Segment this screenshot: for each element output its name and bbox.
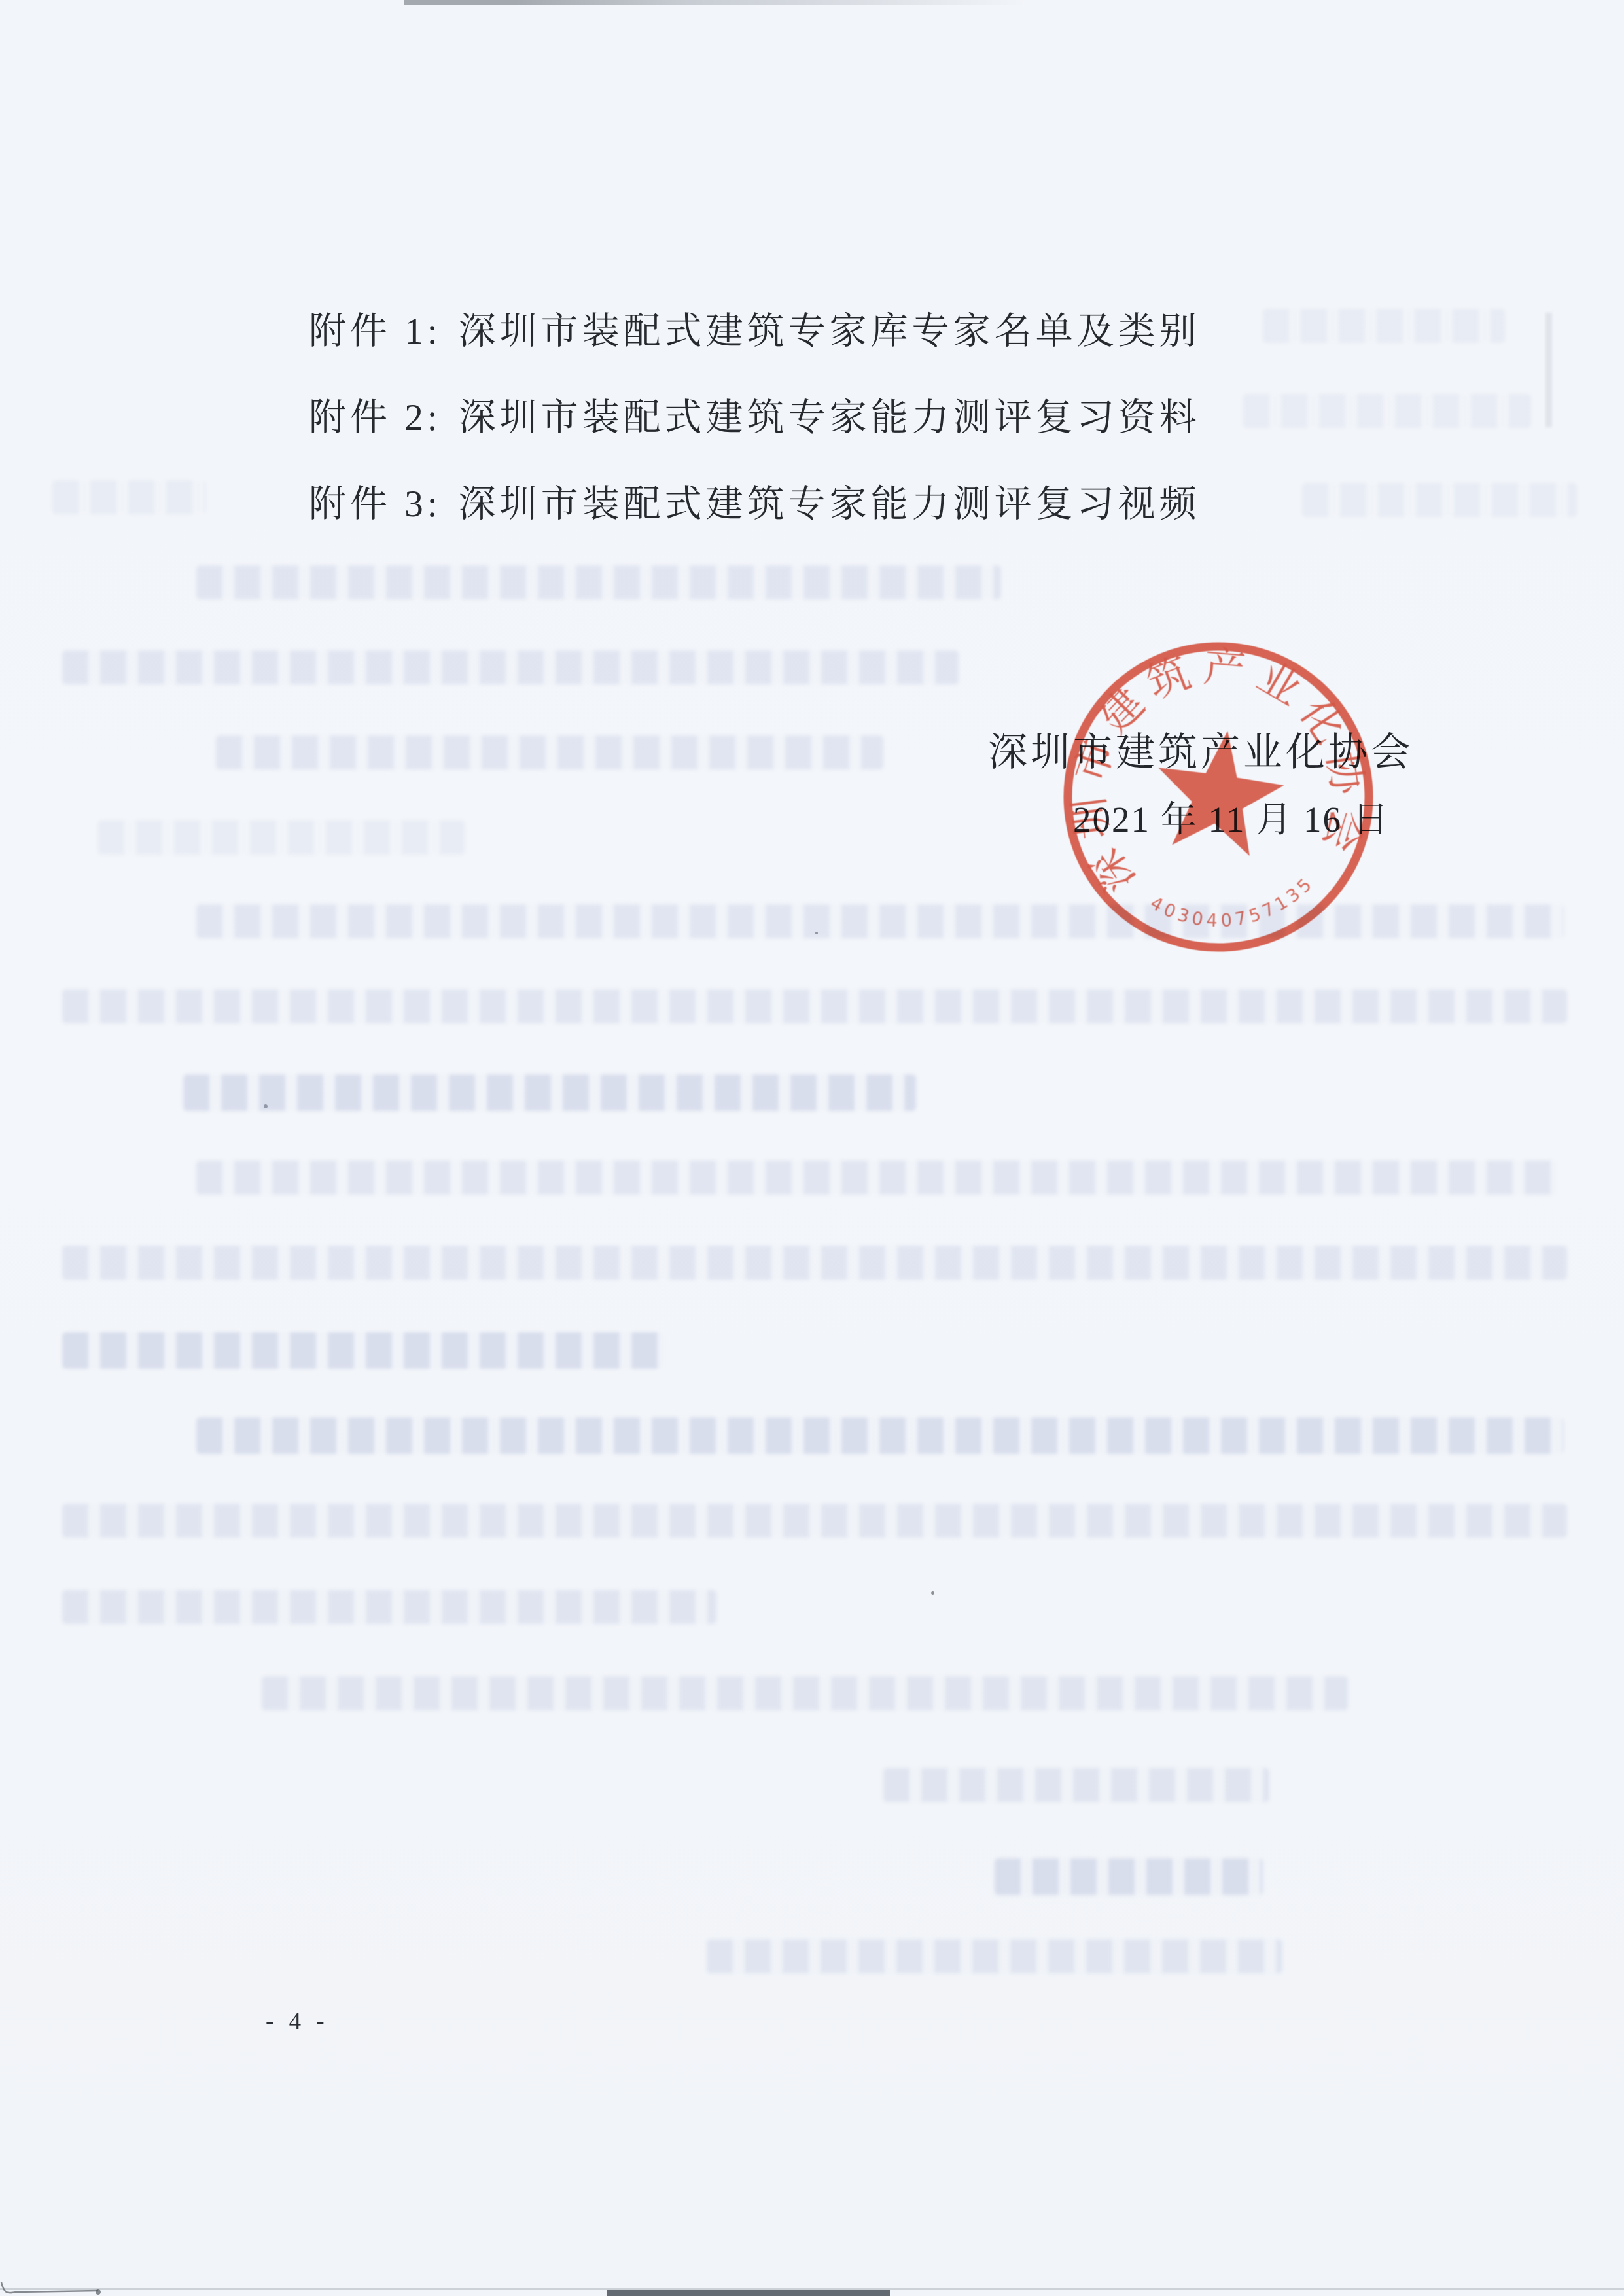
seal-star-icon [1148,722,1290,859]
bleedthrough-text-line [196,565,1001,599]
page-number: - 4 - [266,2007,329,2036]
bleedthrough-text-line [1243,394,1531,428]
bleedthrough-text-line [707,1939,1282,1973]
scan-corner-squiggle [0,2280,118,2296]
bleedthrough-text-line [62,650,959,684]
bleedthrough-text-line [62,989,1567,1023]
bleedthrough-text-line [995,1858,1263,1895]
bleedthrough-text-line [216,735,883,769]
bleedthrough-text-line [62,1504,1567,1538]
attachment-line-2: 附件 2:深圳市装配式建筑专家能力测评复习资料 [309,387,1201,441]
seal-serial-number: 403040757135 [1144,870,1323,942]
attachment-2-title: 深圳市装配式建筑专家能力测评复习资料 [459,397,1201,438]
attachment-3-label: 附件 3: [309,484,442,525]
attachment-1-label: 附件 1: [309,311,442,352]
bleedthrough-text-line [62,1246,1567,1280]
scan-streak-right [1545,313,1552,427]
scan-edge-artifact-top [404,0,1026,5]
attachment-2-label: 附件 2: [309,397,442,438]
bleedthrough-text-line [262,1676,1348,1710]
attachment-line-1: 附件 1:深圳市装配式建筑专家库专家名单及类别 [309,301,1201,355]
bleedthrough-text-line [62,1332,664,1369]
bleedthrough-text-line [62,1590,716,1624]
bleedthrough-text-line [183,1074,916,1111]
bleedthrough-text-line [52,480,206,514]
bleedthrough-text-line [1302,483,1577,517]
attachment-line-3: 附件 3:深圳市装配式建筑专家能力测评复习视频 [309,474,1201,527]
bleedthrough-text-line [196,1161,1557,1195]
scanned-document-page: 附件 1:深圳市装配式建筑专家库专家名单及类别 附件 2:深圳市装配式建筑专家能… [0,0,1624,2296]
bleedthrough-text-line [196,1417,1564,1454]
scan-speck [931,1591,934,1595]
scan-edge-artifact-bottom [607,2290,890,2296]
attachment-3-title: 深圳市装配式建筑专家能力测评复习视频 [459,484,1201,525]
official-seal: 深圳市建筑产业化协会 403040757135 [1035,614,1402,980]
bleedthrough-text-line [1263,309,1505,343]
bleedthrough-text-line [98,821,465,855]
bleedthrough-text-line [883,1768,1269,1802]
attachment-1-title: 深圳市装配式建筑专家库专家名单及类别 [459,311,1201,352]
